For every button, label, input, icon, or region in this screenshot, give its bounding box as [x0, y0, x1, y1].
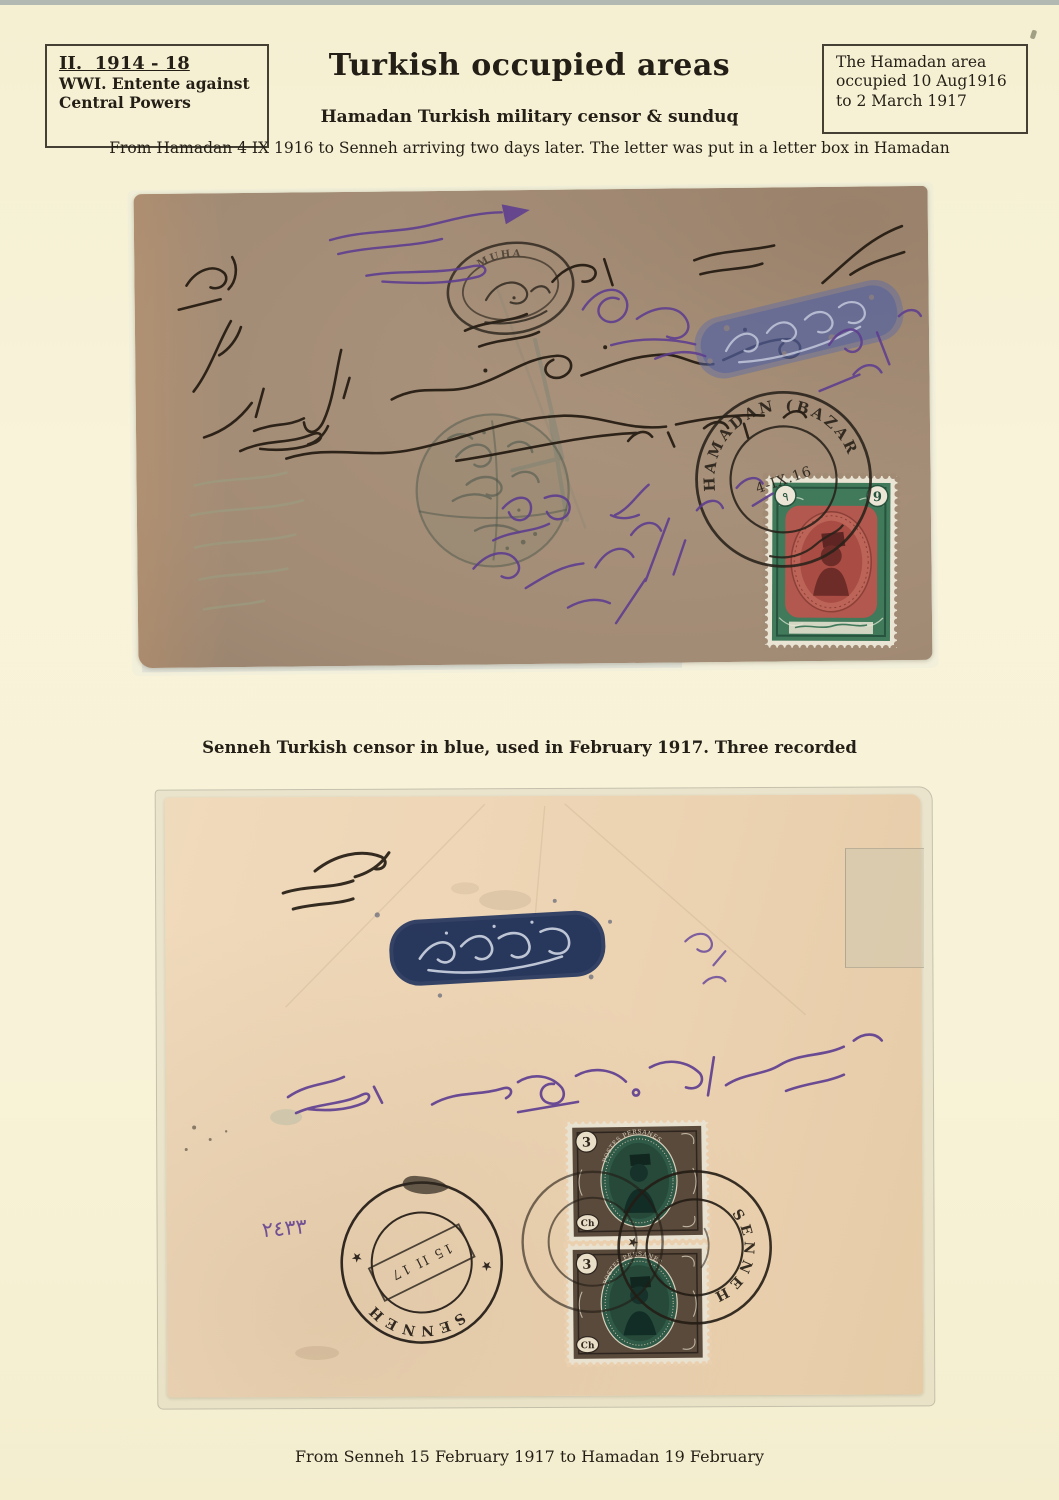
- handwriting-black: [283, 853, 389, 909]
- ink-specks: [185, 1125, 228, 1151]
- mount-tape: [845, 848, 924, 968]
- senneh-right-ring-text: SENNEH: [707, 1204, 760, 1309]
- purple-marks: [685, 934, 725, 984]
- cover2-bottom-caption: From Senneh 15 February 1917 to Hamadan …: [0, 1447, 1059, 1466]
- sleeve-creases: [285, 803, 806, 1017]
- page-speck: [1030, 29, 1038, 39]
- handwriting-purple: [288, 1035, 882, 1114]
- stamp2b-unit: Ch: [581, 1341, 595, 1351]
- stamp-9ch: POSTES PERSANES ٩ 9: [764, 476, 932, 669]
- scan-edge: [0, 0, 1059, 5]
- occupation-line2: occupied 10 Aug1916: [836, 72, 1014, 91]
- senneh-censor-box: [374, 896, 615, 1001]
- occupation-box: The Hamadan area occupied 10 Aug1916 to …: [822, 44, 1028, 134]
- senneh-left-star-1: ★: [480, 1257, 493, 1273]
- stamp-3ch-top: POSTES PERSANES 3 Ch: [565, 1120, 710, 1243]
- album-page: II. 1914 - 18 WWI. Entente against Centr…: [0, 0, 1059, 1500]
- senneh-right-star: ★: [624, 1236, 640, 1249]
- senneh-postmark-left: SENNEH ★ ★ 15 II 17: [337, 1171, 508, 1347]
- occupation-line1: The Hamadan area: [836, 53, 1014, 72]
- stamp1-value: 9: [873, 490, 882, 505]
- ink-smudge: [402, 1175, 449, 1195]
- senneh-left-star-2: ★: [351, 1249, 364, 1265]
- senneh-left-date: 15 II 17: [387, 1240, 454, 1283]
- stamp2b-value: 3: [582, 1258, 591, 1273]
- cover1-artwork: POSTES PERSANES ٩ 9 HAMADAN (BAZAR 4-IX.…: [134, 186, 933, 668]
- cover2-caption: Senneh Turkish censor in blue, used in F…: [0, 738, 1059, 757]
- manuscript-number: ٢٤٣٣: [261, 1214, 308, 1242]
- cover1-caption: From Hamadan 4 IX 1916 to Senneh arrivin…: [0, 139, 1059, 157]
- cover2-artwork: POSTES PERSANES 3 Ch: [165, 794, 924, 1397]
- stamp2a-unit: Ch: [581, 1219, 595, 1229]
- cover1-envelope: POSTES PERSANES ٩ 9 HAMADAN (BAZAR 4-IX.…: [134, 186, 933, 668]
- cover2-envelope: POSTES PERSANES 3 Ch: [165, 794, 924, 1397]
- stamp2a-value: 3: [582, 1136, 591, 1151]
- stamp1-value-arabic: ٩: [782, 490, 789, 504]
- occupation-line3: to 2 March 1917: [836, 92, 1014, 111]
- stamp-3ch-bottom: POSTES PERSANES 3 Ch: [566, 1243, 710, 1365]
- sunduq-seal: [416, 414, 570, 568]
- pencil-notes-green: [190, 472, 303, 609]
